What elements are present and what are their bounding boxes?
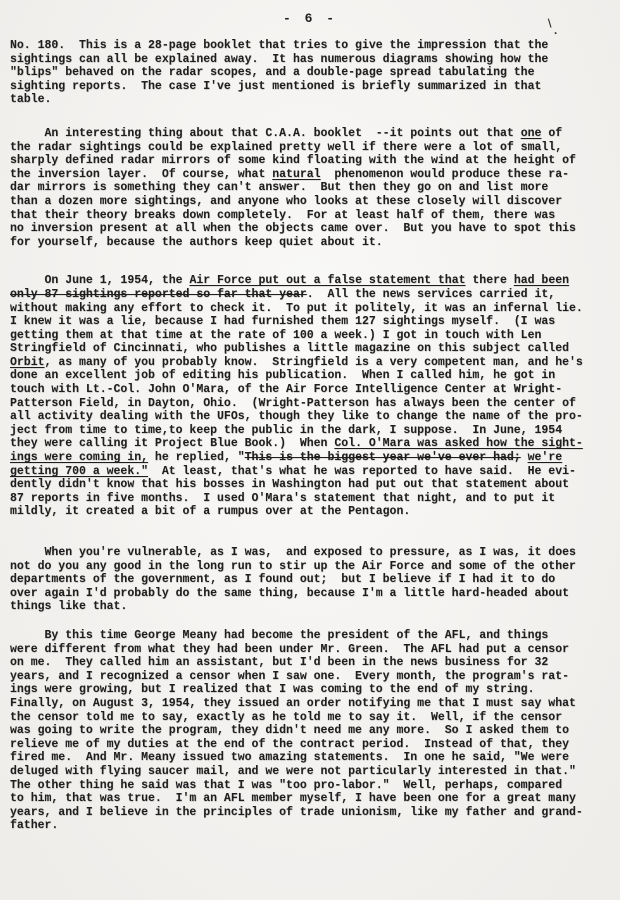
underlined-text: had been: [514, 274, 569, 287]
paragraph: An interesting thing about that C.A.A. b…: [10, 127, 612, 249]
underlined-text: natural: [272, 168, 320, 181]
underlined-text: ings were coming in,: [10, 451, 148, 464]
stray-ink-mark-dot: .: [552, 24, 559, 38]
underlined-text: getting 700 a week.": [10, 465, 148, 478]
underlined-text: Orbit: [10, 356, 45, 369]
underlined-text: only 87 sightings reported so far that y…: [10, 288, 307, 301]
page-number: - 6 -: [0, 0, 620, 26]
underlined-text: one: [521, 127, 542, 140]
underlined-text: Air Force put out a false statement that: [189, 274, 465, 287]
underlined-text: Col. O'Mara was asked how the sight-: [334, 437, 582, 450]
paragraph: No. 180. This is a 28-page booklet that …: [10, 39, 612, 107]
document-body: No. 180. This is a 28-page booklet that …: [10, 39, 612, 833]
paragraph: When you're vulnerable, as I was, and ex…: [10, 546, 612, 614]
manuscript-page: - 6 - \ . No. 180. This is a 28-page boo…: [0, 0, 620, 900]
paragraph: By this time George Meany had become the…: [10, 629, 612, 833]
paragraph: On June 1, 1954, the Air Force put out a…: [10, 274, 612, 519]
underlined-text: we're: [528, 451, 563, 464]
underlined-text: This is the biggest year we've ever had;: [245, 451, 521, 464]
